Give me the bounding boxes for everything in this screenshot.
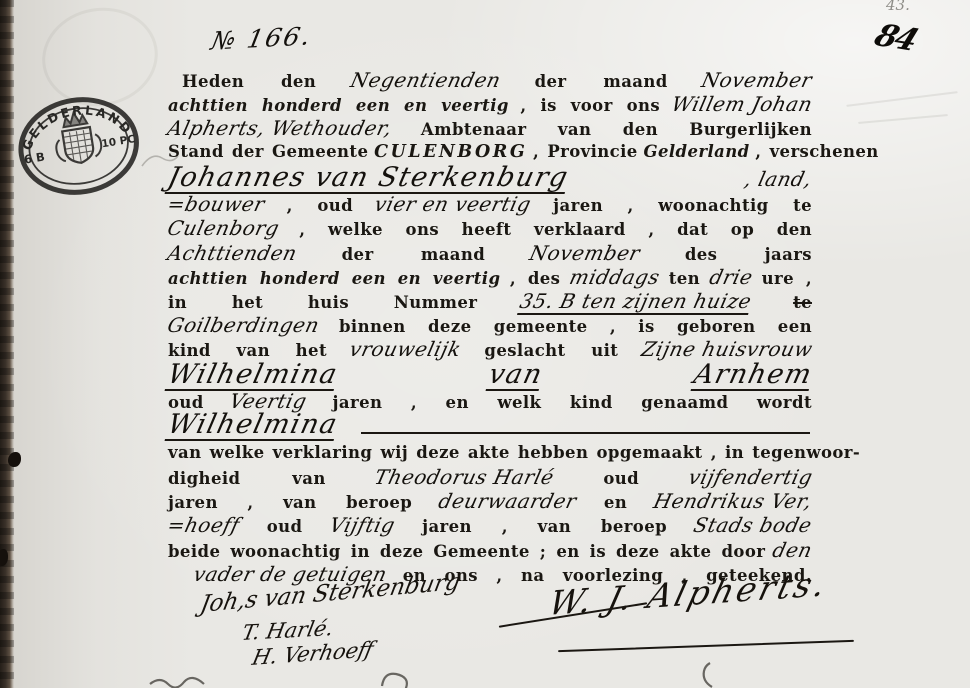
blank-fill-rule xyxy=(361,432,810,434)
printed-form-text: digheid van xyxy=(168,469,326,488)
printed-form-text: achttien honderd een en veertig xyxy=(168,96,509,115)
act-line-18: jaren , van beroep deurwaarder en Hendri… xyxy=(168,489,812,513)
printed-form-text: CULENBORG xyxy=(374,142,527,162)
act-line-4: Stand der Gemeente CULENBORG , Provincie… xyxy=(168,140,812,164)
printed-form-text: van welke verklaring wij deze akte hebbe… xyxy=(168,443,860,462)
printed-form-text: , des xyxy=(510,269,561,288)
printed-form-text: beide woonachtig in deze Gemeente ; en i… xyxy=(168,542,765,561)
printed-form-text: ure , xyxy=(762,269,812,288)
handwritten-entry: Hendrikus Ver, xyxy=(652,489,815,513)
act-line-1: Heden den Negentienden der maand Novembe… xyxy=(168,68,812,92)
handwritten-entry: , land, xyxy=(742,165,815,193)
printed-form-text: , welke ons heeft verklaard , dat op den xyxy=(299,220,812,239)
printed-form-text: binnen deze gemeente , is geboren een xyxy=(339,317,812,336)
handwritten-entry: Willem Johan xyxy=(669,92,815,116)
act-line-12: kind van het vrouwelijk geslacht uit Zij… xyxy=(168,337,812,361)
act-line-6: =bouwer , oud vier en veertig jaren , wo… xyxy=(168,192,812,216)
printed-form-text: Heden den xyxy=(182,72,316,91)
handwritten-entry: vrouwelijk xyxy=(347,337,463,361)
handwritten-entry: vijfendertig xyxy=(686,465,815,489)
act-line-9: achttien honderd een en veertig , des mi… xyxy=(168,265,812,289)
printed-form-text: der maand xyxy=(342,245,486,264)
printed-form-text: en xyxy=(604,493,627,512)
printed-form-text: jaren , van beroep xyxy=(168,493,412,512)
act-line-11: Goilberdingen binnen deze gemeente , is … xyxy=(168,313,812,337)
stamp-left-value: 6 B xyxy=(23,150,46,167)
printed-form-text: , is voor ons xyxy=(520,96,660,115)
printed-form-text: ten xyxy=(669,269,700,288)
printed-form-text: jaren , en welk kind genaamd wordt xyxy=(333,393,812,412)
printed-form-text: achttien honderd een en veertig xyxy=(168,269,500,288)
handwritten-entry: den xyxy=(770,538,815,562)
handwritten-entry: vier en veertig xyxy=(372,192,533,216)
act-line-19: =hoeff oud Vijftig jaren , van beroep St… xyxy=(168,513,812,537)
cutoff-signature-strokes xyxy=(0,660,970,688)
printed-form-text: Gelderland xyxy=(643,142,749,161)
handwritten-entry: Goilberdingen xyxy=(165,313,322,337)
act-line-8: Achttienden der maand November des jaars xyxy=(168,241,812,265)
act-line-3: Alpherts, Wethouder, Ambtenaar van den B… xyxy=(168,116,812,140)
stamp-right-value: 10 PC xyxy=(101,133,136,150)
printed-form-text: kind van het xyxy=(168,341,327,360)
handwritten-entry: Culenborg xyxy=(165,216,282,240)
act-line-2: achttien honderd een en veertig , is voo… xyxy=(168,92,812,116)
act-line-13: Wilhelmina van Arnhem xyxy=(168,361,812,389)
act-number: № 166. xyxy=(209,21,315,55)
printed-form-text: jaren , van beroep xyxy=(422,517,667,536)
act-line-7: Culenborg , welke ons heeft verklaard , … xyxy=(168,216,812,240)
handwritten-entry: deurwaarder xyxy=(437,489,580,513)
handwritten-entry: Theodorus Harlé xyxy=(372,465,556,489)
act-line-5: Johannes van Sterkenburg , land, xyxy=(168,164,812,192)
act-line-16: van welke verklaring wij deze akte hebbe… xyxy=(168,441,812,465)
handwritten-entry: van xyxy=(486,361,546,391)
printed-form-text: jaren , woonachtig te xyxy=(553,196,812,215)
act-line-20: beide woonachtig in deze Gemeente ; en i… xyxy=(168,538,812,562)
handwritten-entry: Arnhem xyxy=(691,361,816,391)
handwritten-entry: Wilhelmina xyxy=(165,411,341,441)
paper-scratch xyxy=(846,91,957,107)
printed-form-text: te xyxy=(793,293,812,312)
printed-form-text: oud xyxy=(603,469,639,488)
act-line-17: digheid van Theodorus Harlé oud vijfende… xyxy=(168,465,812,489)
printed-form-text: Stand der Gemeente xyxy=(168,142,368,161)
paper-scratch xyxy=(858,114,948,124)
gelderland-stamp: GELDERLAND 6 B 10 PC xyxy=(8,84,150,212)
handwritten-entry: middags xyxy=(567,265,662,289)
act-line-10: in het huis Nummer 35. B ten zijnen huiz… xyxy=(168,289,812,313)
handwritten-entry: Achttienden xyxy=(165,241,299,265)
printed-form-text: des jaars xyxy=(685,245,812,264)
margin-initials-mark: 84 xyxy=(870,18,922,58)
printed-form-text: , verschenen xyxy=(755,142,878,161)
handwritten-entry: =bouwer xyxy=(165,192,267,216)
handwritten-entry: November xyxy=(527,241,642,265)
handwritten-entry: Johannes van Sterkenburg xyxy=(165,164,572,194)
document-page: GELDERLAND 6 B 10 PC 43. 84 № 166. Heden… xyxy=(0,0,970,688)
handwritten-entry: 35. B ten zijnen huize xyxy=(517,289,754,315)
printed-form-text: geslacht uit xyxy=(484,341,618,360)
handwritten-entry: Wilhelmina xyxy=(165,361,341,391)
handwritten-entry: Stads bode xyxy=(692,513,815,537)
handwritten-entry: drie xyxy=(707,265,755,289)
printed-form-text: , Provincie xyxy=(533,142,638,161)
printed-form-text: in het huis Nummer xyxy=(168,293,477,312)
printed-form-text: oud xyxy=(267,517,303,536)
act-line-15: Wilhelmina xyxy=(168,413,812,441)
handwritten-entry: Vijftig xyxy=(327,513,397,537)
printed-form-text: Ambtenaar van den Burgerlijken xyxy=(421,120,812,139)
signature-flourish-line xyxy=(558,640,854,652)
handwritten-entry: Alpherts, Wethouder, xyxy=(165,116,394,140)
act-body: Heden den Negentienden der maand Novembe… xyxy=(168,68,812,586)
handwritten-entry: November xyxy=(699,68,814,92)
handwritten-entry: Zijne huisvrouw xyxy=(639,337,815,361)
ink-speck xyxy=(8,452,21,467)
handwritten-entry: Negentienden xyxy=(348,68,503,92)
printed-form-text: , oud xyxy=(287,196,353,215)
printed-form-text: der maand xyxy=(535,72,668,91)
handwritten-entry: =hoeff xyxy=(165,513,242,537)
folio-number: 43. xyxy=(886,0,910,14)
